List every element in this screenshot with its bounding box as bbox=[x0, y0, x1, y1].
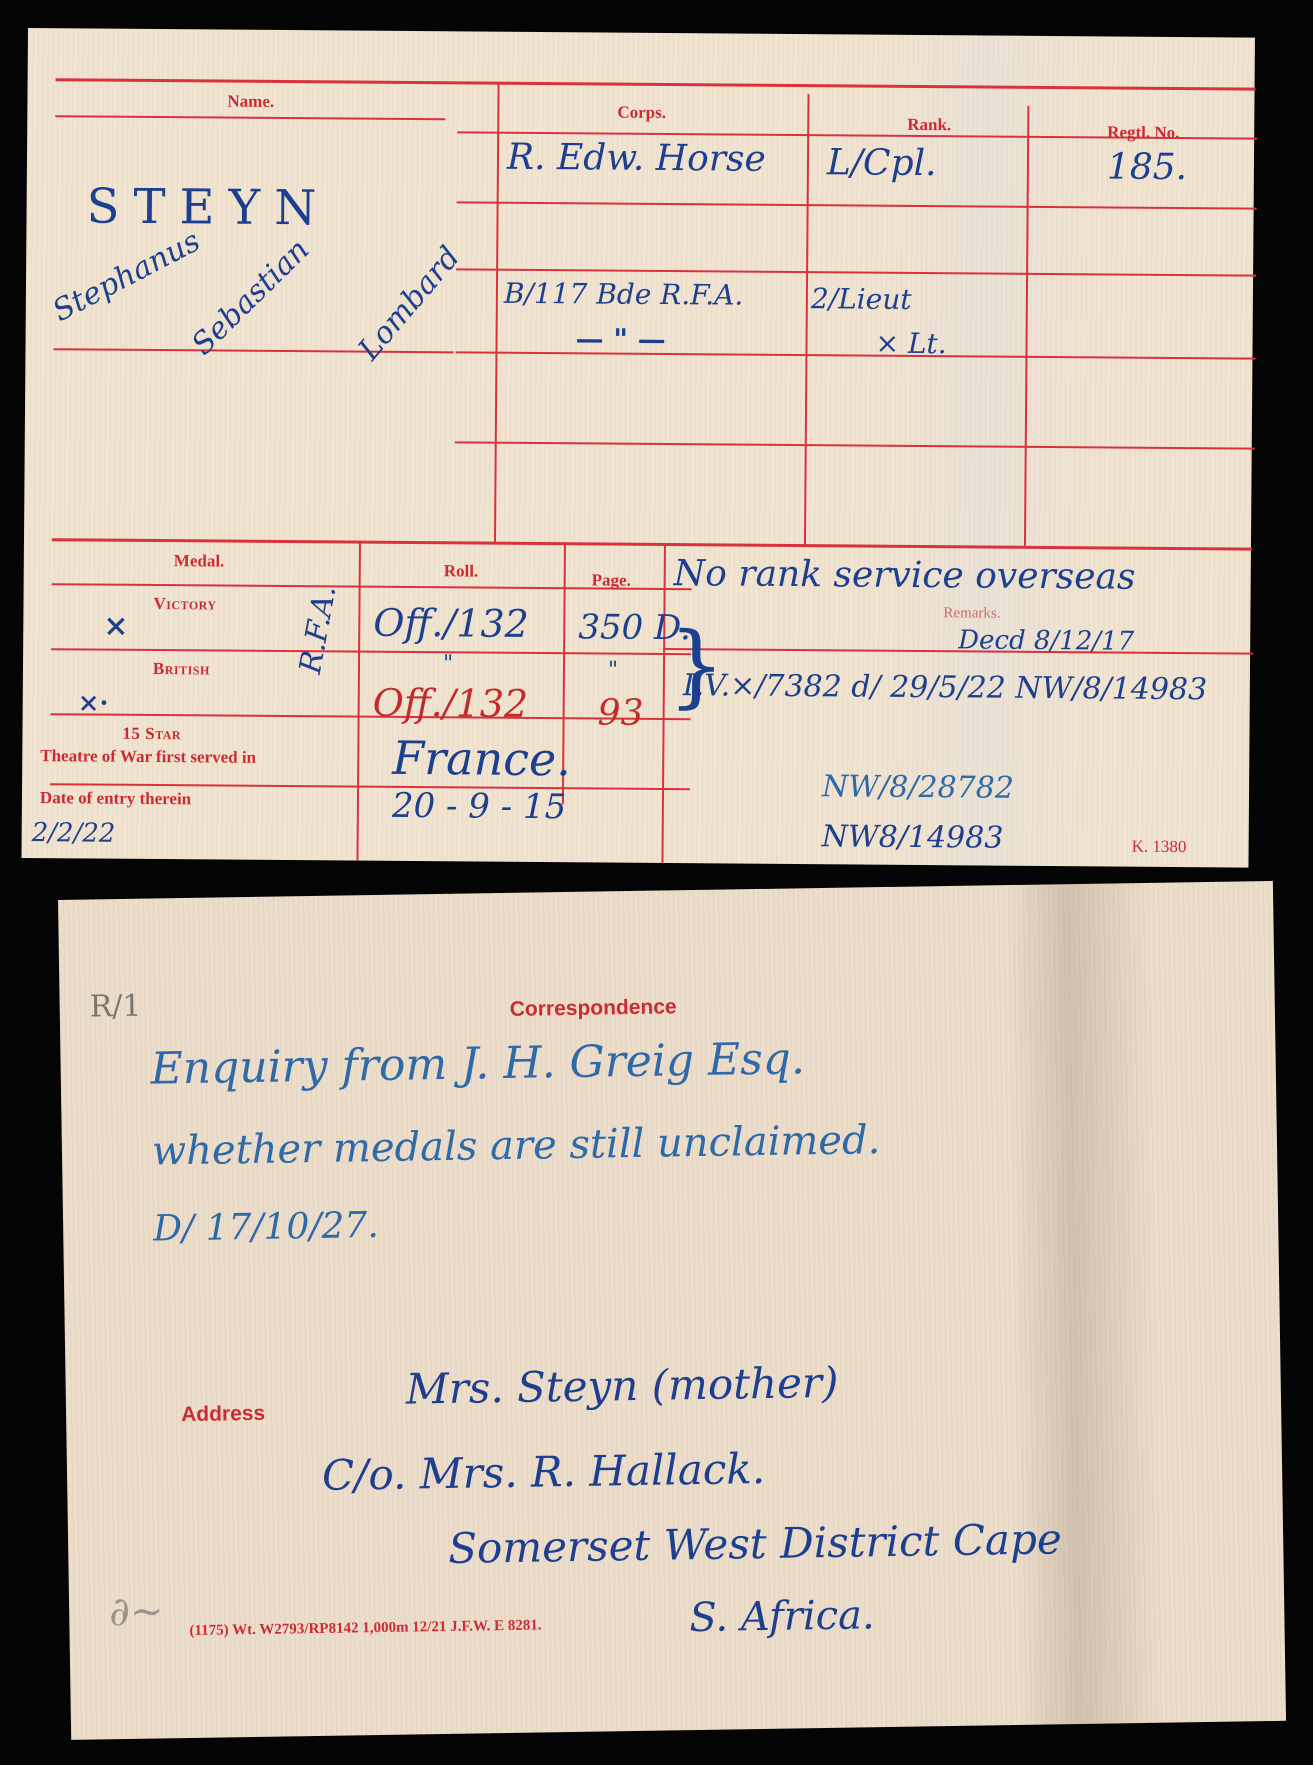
page-value-british: " bbox=[608, 658, 618, 683]
address-line-4: S. Africa. bbox=[689, 1592, 875, 1641]
divider-medal-roll bbox=[356, 543, 360, 861]
ref-lower-2: NW8/14983 bbox=[822, 819, 1004, 855]
rule-top bbox=[56, 78, 1256, 90]
header-rank: Rank. bbox=[907, 115, 951, 135]
pencil-mark-top: R/1 bbox=[89, 989, 141, 1025]
rule bbox=[51, 713, 691, 720]
remarks-line-2: Decd 8/12/17 bbox=[958, 625, 1134, 656]
address-line-2: C/o. Mrs. R. Hallack. bbox=[322, 1444, 766, 1500]
medal-name-victory: Victory bbox=[153, 594, 216, 614]
rank-value-2: 2/Lieut bbox=[811, 282, 912, 316]
unit-annotation-rfa: R.F.A. bbox=[293, 583, 344, 677]
medal-name-british: British bbox=[153, 659, 210, 679]
date-entry-value: 20 - 9 - 15 bbox=[392, 786, 567, 827]
medal-name-star: 15 Star bbox=[122, 724, 181, 744]
corps-value-2: B/117 Bde R.F.A. bbox=[504, 277, 744, 312]
brace-icon: } bbox=[668, 613, 726, 718]
header-theatre: Theatre of War first served in bbox=[40, 746, 256, 768]
address-line-1: Mrs. Steyn (mother) bbox=[405, 1358, 838, 1414]
corps-value-1: R. Edw. Horse bbox=[507, 137, 766, 180]
remarks-line-1: No rank service overseas bbox=[674, 553, 1136, 598]
correspondence-line-3: D/ 17/10/27. bbox=[153, 1205, 379, 1250]
correspondence-line-2: whether medals are still unclaimed. bbox=[152, 1117, 881, 1174]
header-page: Page. bbox=[592, 570, 631, 590]
address-label: Address bbox=[181, 1402, 265, 1427]
page-value-star: 93 bbox=[597, 692, 643, 733]
rule bbox=[51, 648, 691, 655]
header-name: Name. bbox=[227, 92, 274, 112]
ref-lower-1: NW/8/28782 bbox=[822, 769, 1014, 806]
correspondence-label: Correspondence bbox=[510, 995, 677, 1022]
forename-1: Stephanus bbox=[47, 224, 206, 329]
theatre-value: France. bbox=[392, 731, 571, 786]
corps-value-3: — " — bbox=[575, 322, 665, 356]
form-code: K. 1380 bbox=[1132, 837, 1187, 857]
pencil-scribble-icon: ∂~ bbox=[109, 1588, 164, 1635]
medal-index-card-front: Name. Corps. Rank. Regtl. No. Medal. Rol… bbox=[21, 28, 1254, 868]
rule bbox=[456, 268, 1256, 276]
roll-value-victory: Off./132 bbox=[373, 601, 529, 646]
divider-rank-regtl bbox=[1024, 106, 1029, 546]
divider-page-remarks bbox=[661, 545, 665, 863]
printer-imprint: (1175) Wt. W2793/RP8142 1,000m 12/21 J.F… bbox=[189, 1617, 541, 1640]
address-line-3: Somerset West District Cape bbox=[448, 1514, 1062, 1573]
medal-mark-star: ×· bbox=[78, 688, 109, 718]
rank-value-1: L/Cpl. bbox=[827, 142, 937, 184]
rule-medal-top bbox=[52, 538, 1252, 550]
medal-mark-victory: × bbox=[103, 609, 128, 644]
rule bbox=[455, 441, 1255, 449]
header-corps: Corps. bbox=[617, 103, 666, 123]
remarks-line-3: I.V.×/7382 d/ 29/5/22 NW/8/14983 bbox=[683, 668, 1208, 707]
roll-value-star: Off./132 bbox=[373, 681, 529, 726]
rule bbox=[457, 201, 1257, 209]
regtl-no-value: 185. bbox=[1107, 146, 1187, 188]
forename-3: Lombard bbox=[352, 240, 468, 367]
header-date-entry: Date of entry therein bbox=[40, 788, 191, 809]
header-roll: Roll. bbox=[444, 561, 479, 581]
star-prefix-handwritten: 15 Star bbox=[122, 724, 181, 743]
header-regtl-no: Regtl. No. bbox=[1107, 122, 1179, 143]
divider-corps-rank bbox=[804, 94, 810, 544]
rank-value-3: × Lt. bbox=[875, 327, 946, 361]
divider-name-corps bbox=[494, 84, 500, 544]
rule bbox=[55, 115, 445, 120]
date-stamp: 2/2/22 bbox=[32, 818, 116, 849]
correspondence-line-1: Enquiry from J. H. Greig Esq. bbox=[150, 1033, 805, 1094]
roll-value-british: " bbox=[443, 651, 453, 676]
header-medal: Medal. bbox=[174, 551, 225, 571]
header-remarks: Remarks. bbox=[943, 605, 1000, 622]
medal-index-card-back: R/1 Correspondence Enquiry from J. H. Gr… bbox=[58, 881, 1286, 1740]
surname: STEYN bbox=[86, 178, 330, 236]
